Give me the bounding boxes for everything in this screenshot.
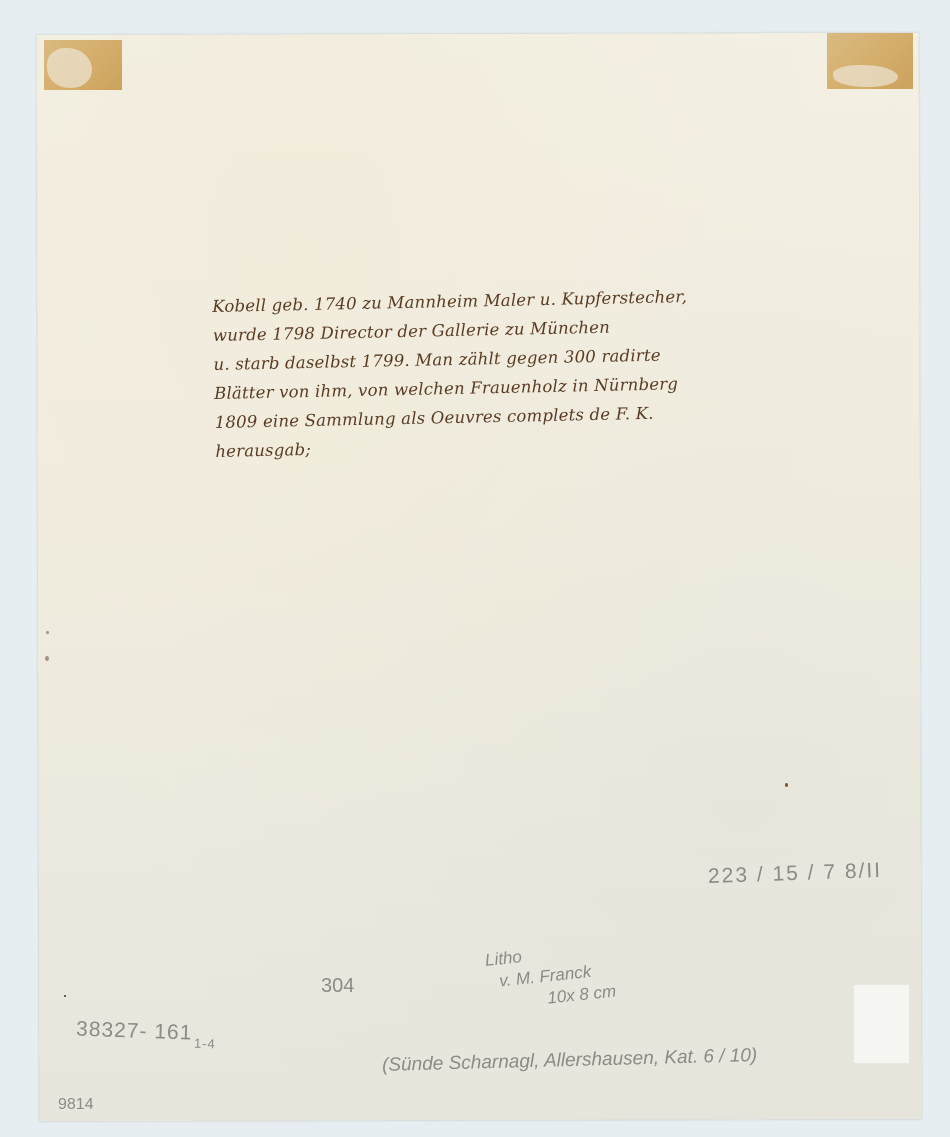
tape-wear [833, 65, 898, 87]
technique-line: Litho [484, 947, 523, 970]
ink-speck [64, 995, 66, 997]
inventory-sub: 1-4 [194, 1036, 216, 1052]
pencil-inventory-number: 38327- 1611-4 [76, 1018, 217, 1052]
document-sheet [37, 33, 922, 1121]
foxing-spot [46, 631, 49, 634]
tape-corner-top-right [827, 33, 913, 89]
tape-corner-top-left [44, 40, 122, 90]
pencil-number-304: 304 [321, 975, 354, 998]
pencil-technique-note: Litho v. M. Franck 10x 8 cm [484, 937, 617, 1016]
tape-wear [47, 48, 92, 88]
inventory-main: 38327- 161 [76, 1018, 193, 1045]
paper-patch [854, 985, 909, 1063]
pencil-catalog-number: 9814 [58, 1096, 94, 1114]
foxing-spot [45, 656, 49, 661]
handwritten-note: Kobell geb. 1740 zu Mannheim Maler u. Ku… [212, 280, 786, 466]
ink-speck [785, 783, 788, 787]
